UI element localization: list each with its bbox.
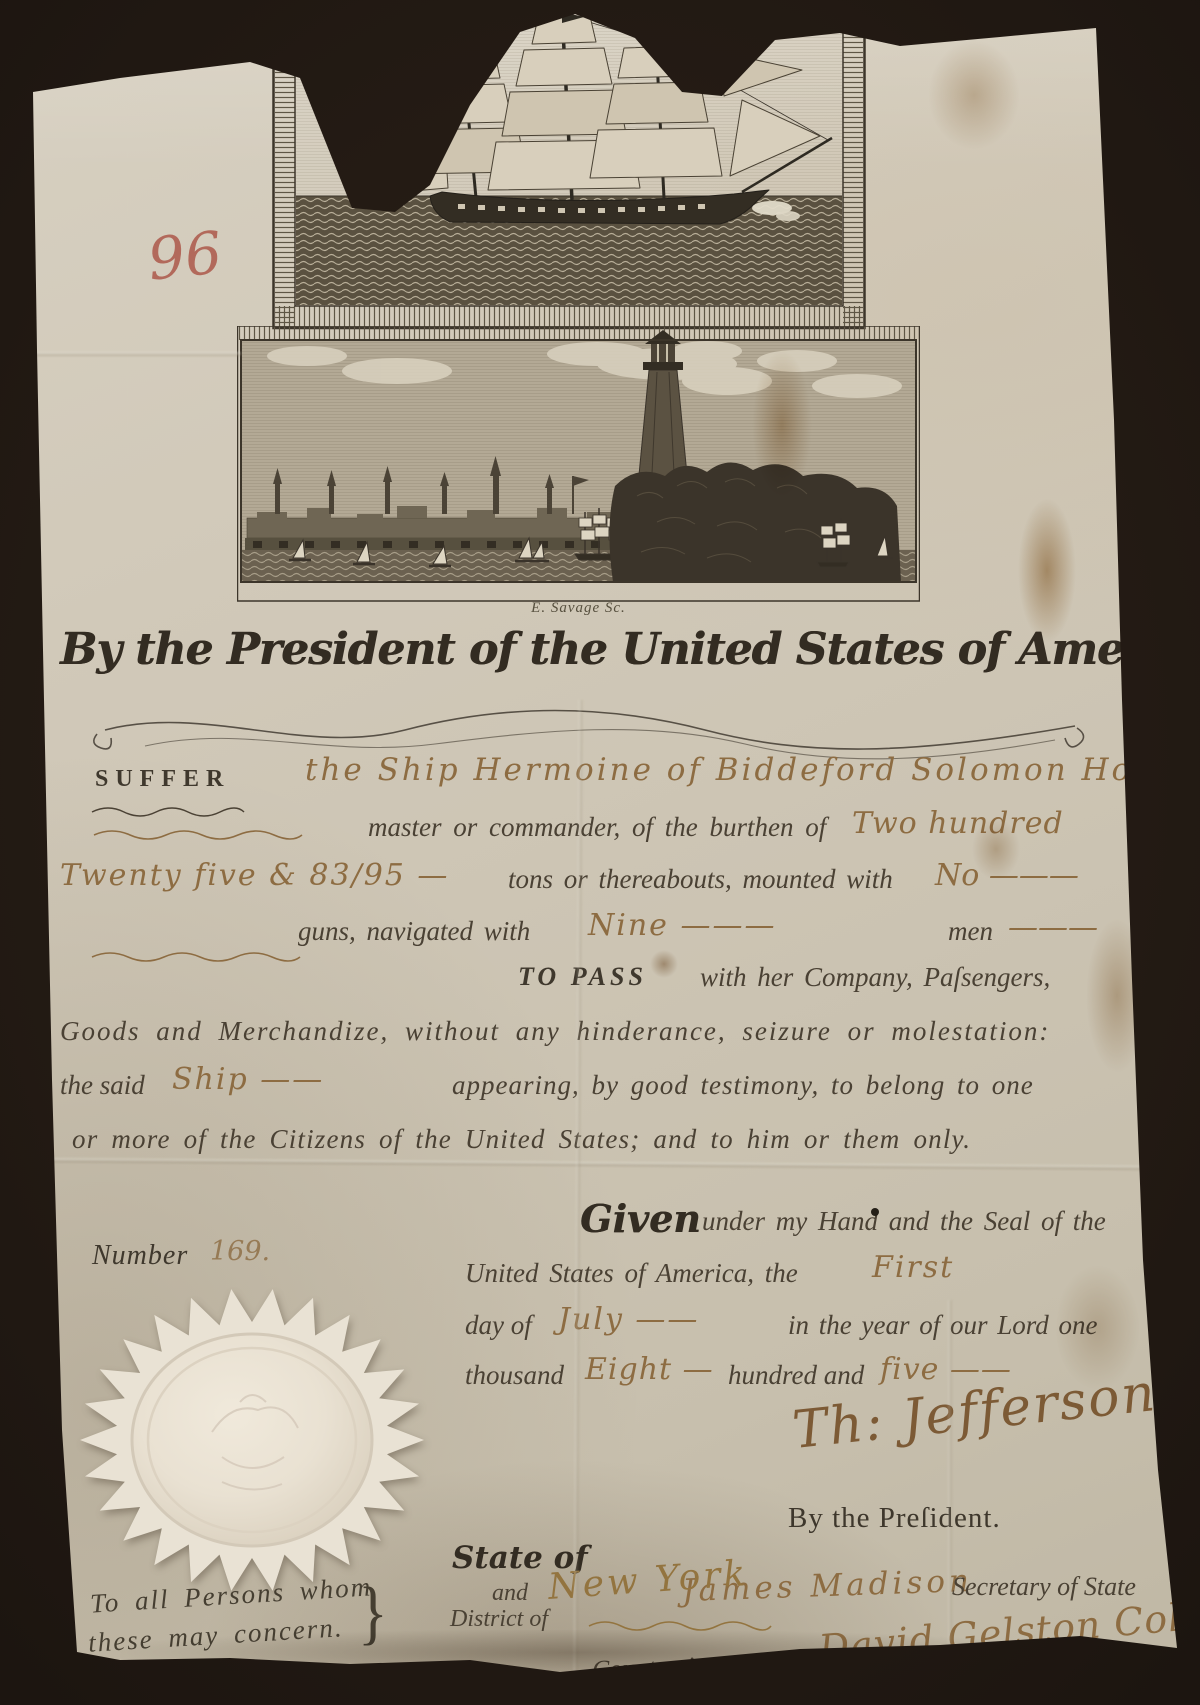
number-value: 169.	[210, 1236, 270, 1267]
fold-crease-horizontal-main	[40, 1158, 1150, 1170]
frame-hatch-right	[843, 0, 863, 328]
frame-hatch-bottom	[275, 306, 863, 328]
parchment-sheet: E. Savage Sc. 96 By the President of the…	[0, 0, 1200, 1705]
margin-flourish-2	[88, 948, 303, 966]
frame-hatch-left	[275, 0, 295, 328]
line2-print: master or commander, of the burthen of	[368, 812, 826, 843]
said-ship-hand: Ship ——	[172, 1062, 324, 1097]
countersigned-label: Countersigned by	[592, 1649, 777, 1685]
foxing-stain	[928, 40, 1020, 150]
line7-print2: appearing, by good testimony, to belong …	[452, 1070, 1034, 1101]
given-line2: United States of America, the	[465, 1258, 798, 1289]
concern-brace: }	[358, 1573, 388, 1655]
red-inventory-number: 96	[145, 218, 226, 293]
to-pass-word: TO PASS	[518, 962, 647, 992]
district-flourish	[585, 1618, 775, 1634]
guns-hand: No ———	[935, 858, 1079, 893]
lighthouse-engraving	[237, 326, 920, 602]
suffer-underline-flourish	[88, 802, 248, 822]
line6-print: Goods and Merchandize, without any hinde…	[60, 1016, 1050, 1047]
ship-name-hand: the Ship Hermoine of Biddeford Solomon H…	[305, 752, 1200, 788]
document-title: By the President of the United States of…	[60, 624, 1090, 675]
embossed-paper-seal	[72, 1282, 432, 1602]
by-the-president-label: By the Preſident.	[788, 1502, 1001, 1535]
suffer-word: SUFFER	[95, 766, 230, 793]
eight-hand: Eight —	[585, 1352, 714, 1387]
thousand-print: thousand	[465, 1360, 564, 1391]
us-ensign-flag	[368, 118, 410, 148]
tonnage-hand: Twenty five & 83/95 —	[60, 858, 449, 893]
line5-print: with her Company, Paſsengers,	[700, 962, 1050, 993]
district-of-label: District of	[450, 1606, 548, 1633]
men-dash-hand: ———	[1008, 910, 1098, 945]
fold-crease-horizontal-left	[36, 352, 241, 356]
ship-engraving	[272, 0, 866, 332]
margin-flourish-1	[90, 826, 305, 844]
document-photo: E. Savage Sc. 96 By the President of the…	[0, 0, 1200, 1705]
concern-line2: these may concern.	[87, 1612, 344, 1659]
line4-print: guns, navigated with	[298, 916, 530, 947]
the-said-print: the said	[60, 1070, 145, 1101]
pinhole-dot	[871, 1208, 879, 1216]
and-label: and	[492, 1580, 528, 1607]
crew-hand: Nine ———	[588, 908, 776, 943]
line2-hand: Two hundred	[852, 806, 1064, 841]
foxing-stain	[650, 950, 678, 978]
secretary-of-state-label: Secretary of State	[952, 1572, 1136, 1602]
hundred-and-print: hundred and	[728, 1360, 864, 1391]
line8-print: or more of the Citizens of the United St…	[72, 1124, 971, 1155]
foxing-stain	[1018, 498, 1076, 643]
given-line1: under my Hand and the Seal of the	[702, 1206, 1106, 1237]
engraver-caption: E. Savage Sc.	[237, 600, 920, 617]
given-word: Given	[580, 1196, 701, 1241]
frame-hatch-top	[239, 326, 918, 340]
first-hand: First	[872, 1250, 954, 1285]
men-print: men	[948, 916, 993, 947]
line3-print: tons or thereabouts, mounted with	[508, 864, 893, 895]
year-print: in the year of our Lord one	[788, 1310, 1097, 1341]
number-label: Number	[92, 1240, 188, 1272]
day-of-print: day of	[465, 1310, 532, 1341]
july-hand: July ——	[558, 1302, 699, 1337]
